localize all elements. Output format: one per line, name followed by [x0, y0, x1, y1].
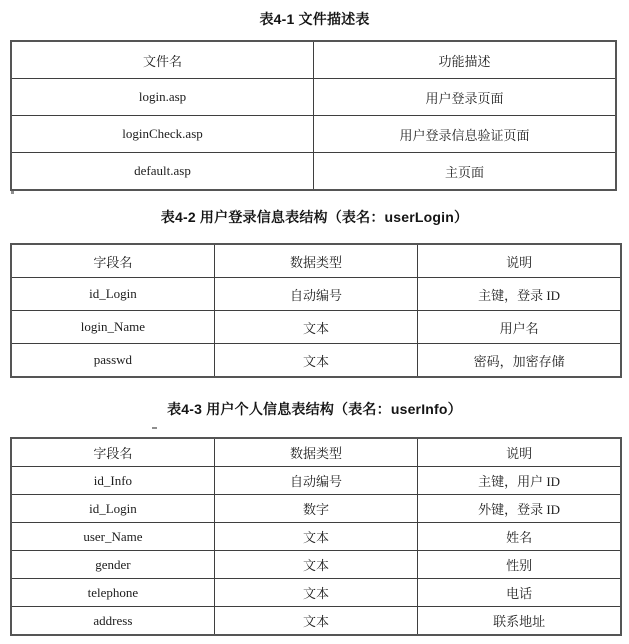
table-row: login.asp 用户登录页面 [11, 79, 616, 116]
table-row: id_Login 自动编号 主键，登录 ID [11, 278, 621, 311]
document-page: 表4-1 文件描述表 文件名 功能描述 login.asp 用户登录页面 log… [0, 0, 629, 644]
cell-datatype: 文本 [214, 523, 417, 551]
cell-field: login_Name [11, 311, 214, 344]
user-login-table-structure: 字段名 数据类型 说明 id_Login 自动编号 主键，登录 ID login… [10, 243, 622, 378]
table-row: passwd 文本 密码，加密存储 [11, 344, 621, 378]
cell-note: 密码，加密存储 [418, 344, 621, 378]
cell-note: 联系地址 [418, 607, 621, 636]
table-row: telephone 文本 电话 [11, 579, 621, 607]
cell-note: 电话 [418, 579, 621, 607]
cell-filename: default.asp [11, 153, 314, 191]
cell-field: id_Info [11, 467, 214, 495]
table3-caption: 表4-3 用户个人信息表结构（表名：userInfo） [0, 399, 629, 419]
cell-datatype: 文本 [214, 551, 417, 579]
table1-header-row: 文件名 功能描述 [11, 41, 616, 79]
table-row: loginCheck.asp 用户登录信息验证页面 [11, 116, 616, 153]
cell-field: id_Login [11, 495, 214, 523]
table2-header-field: 字段名 [11, 244, 214, 278]
file-description-table: 文件名 功能描述 login.asp 用户登录页面 loginCheck.asp… [10, 40, 617, 191]
cell-note: 主键，用户 ID [418, 467, 621, 495]
stray-anchor-mark [11, 191, 14, 194]
cell-field: user_Name [11, 523, 214, 551]
table1-header-filename: 文件名 [11, 41, 314, 79]
table3-header-note: 说明 [418, 438, 621, 467]
table-row: default.asp 主页面 [11, 153, 616, 191]
cell-field: gender [11, 551, 214, 579]
cell-note: 性别 [418, 551, 621, 579]
cell-datatype: 文本 [214, 311, 417, 344]
cell-description: 用户登录信息验证页面 [314, 116, 617, 153]
cell-field: address [11, 607, 214, 636]
table2-header-note: 说明 [418, 244, 621, 278]
cell-filename: login.asp [11, 79, 314, 116]
cell-datatype: 文本 [214, 579, 417, 607]
table1-header-description: 功能描述 [314, 41, 617, 79]
cell-description: 用户登录页面 [314, 79, 617, 116]
table1-caption: 表4-1 文件描述表 [0, 9, 629, 29]
table3-header-field: 字段名 [11, 438, 214, 467]
table-row: address 文本 联系地址 [11, 607, 621, 636]
cell-field: id_Login [11, 278, 214, 311]
cell-datatype: 数字 [214, 495, 417, 523]
table2-header-row: 字段名 数据类型 说明 [11, 244, 621, 278]
cell-note: 姓名 [418, 523, 621, 551]
table3-header-datatype: 数据类型 [214, 438, 417, 467]
cell-field: passwd [11, 344, 214, 378]
cell-note: 用户名 [418, 311, 621, 344]
stray-anchor-mark [152, 427, 157, 429]
cell-datatype: 文本 [214, 607, 417, 636]
cell-description: 主页面 [314, 153, 617, 191]
table-row: id_Login 数字 外键，登录 ID [11, 495, 621, 523]
table-row: gender 文本 性别 [11, 551, 621, 579]
table3-header-row: 字段名 数据类型 说明 [11, 438, 621, 467]
cell-note: 主键，登录 ID [418, 278, 621, 311]
cell-note: 外键，登录 ID [418, 495, 621, 523]
table2-caption: 表4-2 用户登录信息表结构（表名：userLogin） [0, 207, 629, 227]
cell-field: telephone [11, 579, 214, 607]
cell-datatype: 文本 [214, 344, 417, 378]
table2-header-datatype: 数据类型 [214, 244, 417, 278]
cell-filename: loginCheck.asp [11, 116, 314, 153]
table-row: id_Info 自动编号 主键，用户 ID [11, 467, 621, 495]
cell-datatype: 自动编号 [214, 467, 417, 495]
user-info-table-structure: 字段名 数据类型 说明 id_Info 自动编号 主键，用户 ID id_Log… [10, 437, 622, 636]
table-row: user_Name 文本 姓名 [11, 523, 621, 551]
cell-datatype: 自动编号 [214, 278, 417, 311]
table-row: login_Name 文本 用户名 [11, 311, 621, 344]
